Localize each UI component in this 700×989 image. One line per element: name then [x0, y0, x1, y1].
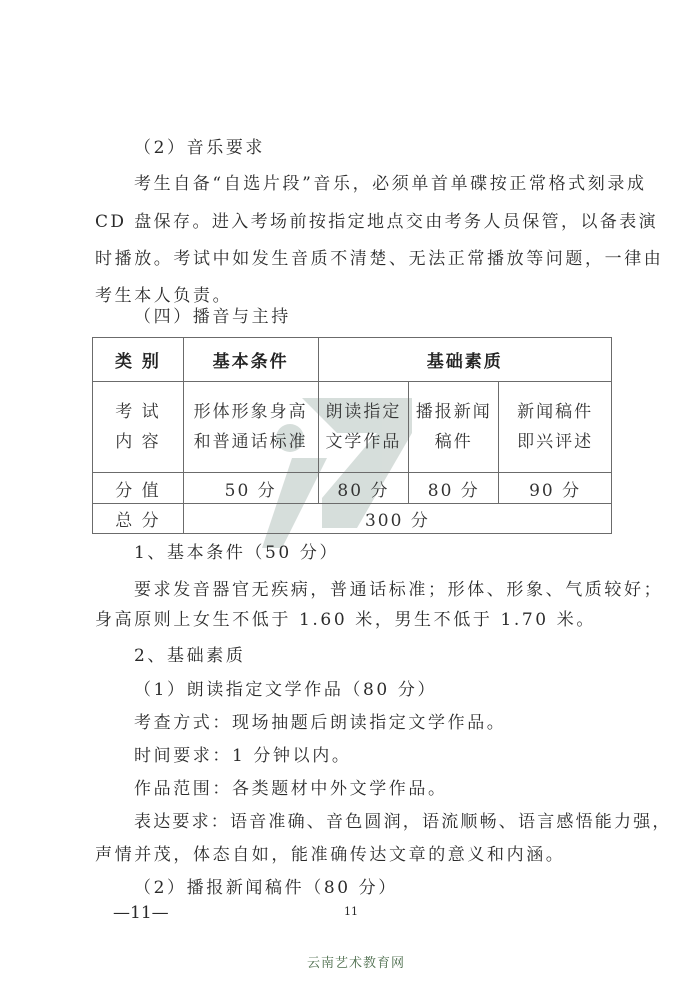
row-label-total: 总 分	[93, 504, 184, 534]
expression-line: 表达要求：语音准确、音色圆润，语流顺畅、语言感悟能力强，	[134, 811, 672, 833]
page-number: —11—	[113, 903, 169, 923]
table-row-score: 分 值 50 分 80 分 80 分 90 分	[93, 473, 612, 504]
reading-heading: （1）朗读指定文学作品（80 分）	[134, 679, 437, 701]
scope-line: 作品范围：各类题材中外文学作品。	[134, 778, 448, 800]
basic-heading: 1、基本条件（50 分）	[134, 542, 339, 564]
expression-line: 声情并茂，体态自如，能准确传达文章的意义和内涵。	[95, 844, 565, 866]
total-value: 300 分	[183, 504, 611, 534]
music-paragraph-line: 考生自备“自选片段”音乐，必须单首单碟按正常格式刻录成	[134, 173, 647, 195]
broadcast-heading: （四）播音与主持	[134, 306, 291, 328]
table-cell: 80 分	[409, 473, 499, 504]
table-header-row: 类 别 基本条件 基础素质	[93, 338, 612, 382]
table-cell: 朗读指定 文学作品	[318, 382, 409, 473]
table-cell: 新闻稿件 即兴评述	[499, 382, 612, 473]
site-name: 云南艺术教育网	[307, 952, 405, 971]
table-cell: 形体形象身高 和普通话标准	[183, 382, 318, 473]
foundation-heading: 2、基础素质	[134, 645, 245, 667]
row-label-content: 考 试 内 容	[93, 382, 184, 473]
header-foundation: 基础素质	[318, 338, 611, 382]
music-paragraph-line: 考生本人负责。	[95, 285, 232, 307]
header-category: 类 别	[93, 338, 184, 382]
table-cell: 50 分	[183, 473, 318, 504]
score-table: 类 别 基本条件 基础素质 考 试 内 容 形体形象身高 和普通话标准 朗读指定…	[92, 337, 612, 534]
news-heading: （2）播报新闻稿件（80 分）	[134, 877, 398, 899]
table-row-content: 考 试 内 容 形体形象身高 和普通话标准 朗读指定 文学作品 播报新闻 稿件 …	[93, 382, 612, 473]
table-row-total: 总 分 300 分	[93, 504, 612, 534]
music-paragraph-line: 时播放。考试中如发生音质不清楚、无法正常播放等问题，一律由	[95, 248, 663, 270]
table-cell: 播报新闻 稿件	[409, 382, 499, 473]
header-basic: 基本条件	[183, 338, 318, 382]
basic-paragraph-line: 要求发音器官无疾病，普通话标准；形体、形象、气质较好；	[134, 579, 663, 601]
music-paragraph-line: CD 盘保存。进入考场前按指定地点交由考务人员保管，以备表演	[95, 211, 658, 233]
page-number-small: 11	[344, 905, 358, 918]
table-cell: 80 分	[318, 473, 409, 504]
table-cell: 90 分	[499, 473, 612, 504]
time-line: 时间要求：1 分钟以内。	[134, 745, 351, 767]
basic-paragraph-line: 身高原则上女生不低于 1.60 米，男生不低于 1.70 米。	[95, 609, 596, 631]
row-label-score: 分 值	[93, 473, 184, 504]
method-line: 考查方式：现场抽题后朗读指定文学作品。	[134, 712, 506, 734]
music-heading: （2）音乐要求	[134, 137, 265, 159]
